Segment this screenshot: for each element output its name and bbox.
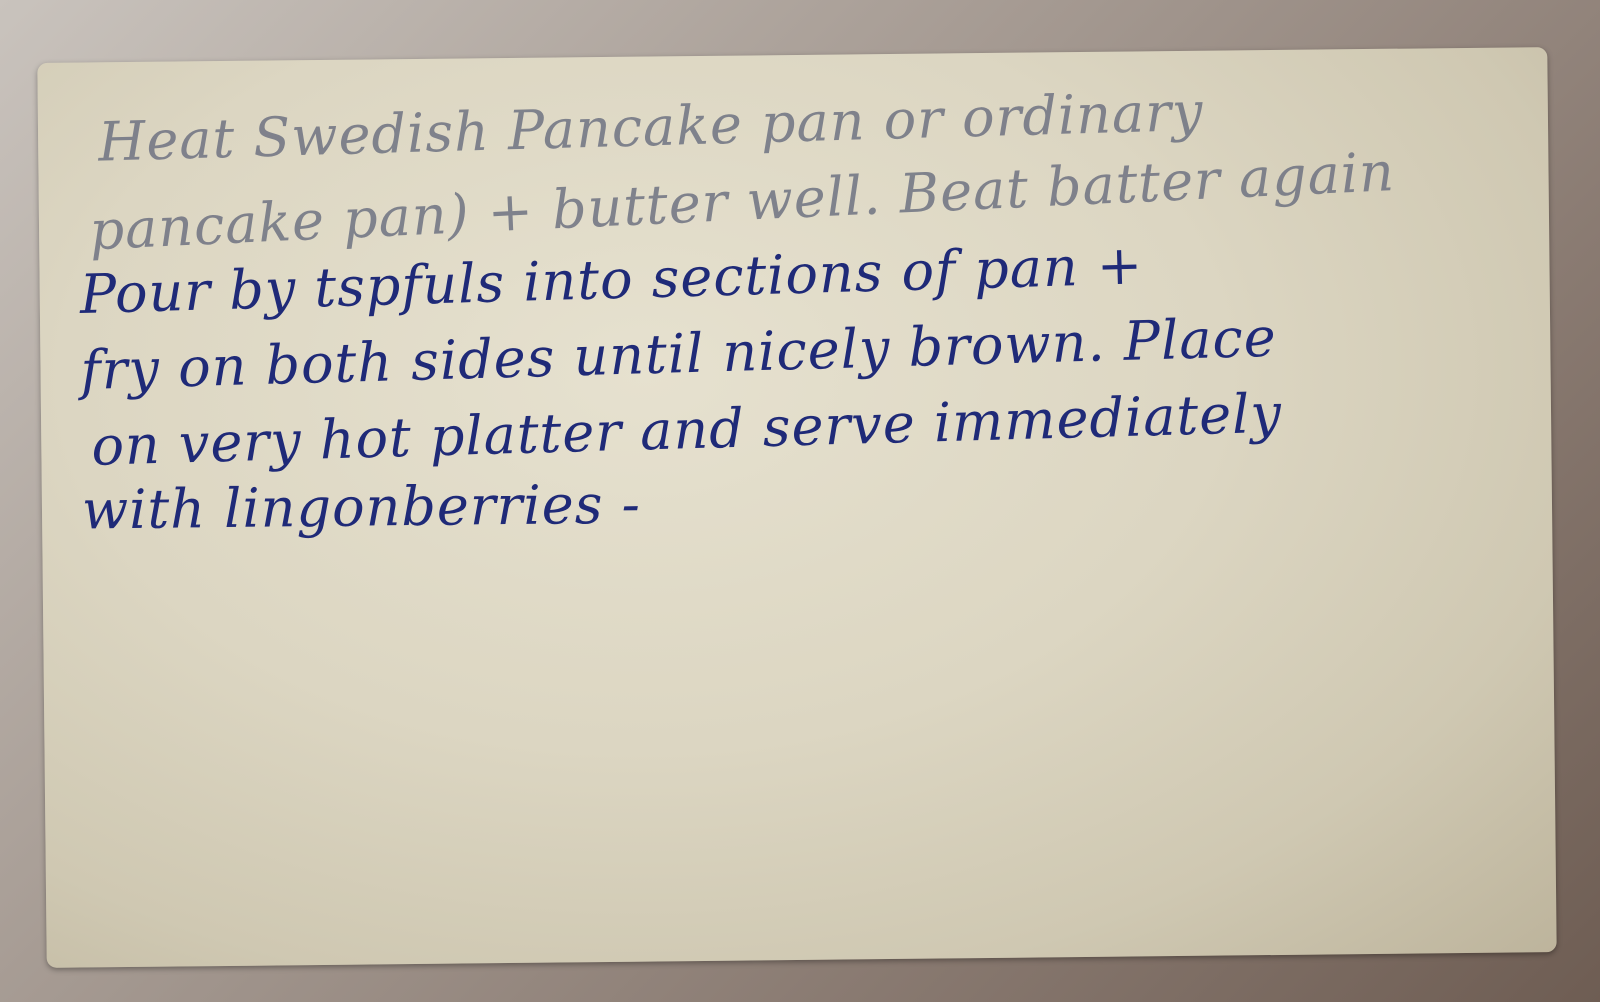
recipe-card: Heat Swedish Pancake pan or ordinary pan… [37,47,1556,968]
handwritten-text: Heat Swedish Pancake pan or ordinary pan… [78,77,1523,548]
